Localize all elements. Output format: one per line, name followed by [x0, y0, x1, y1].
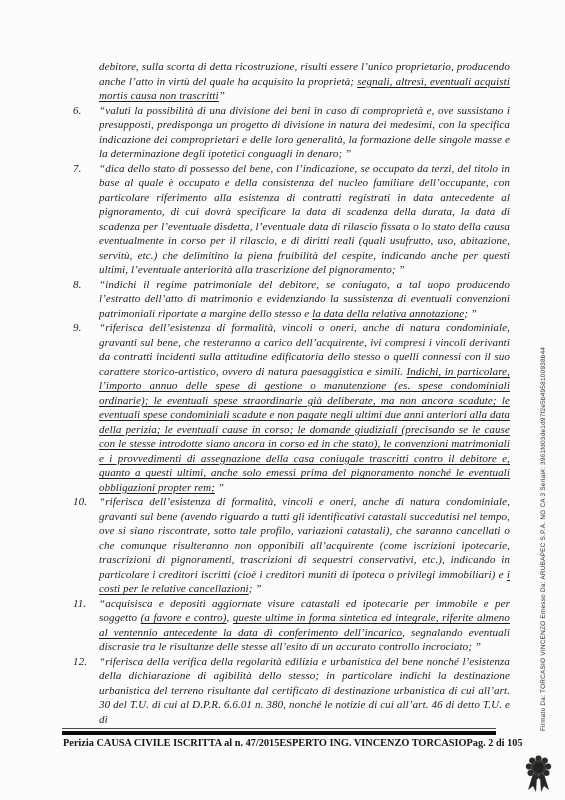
- item-number: 10.: [73, 495, 99, 510]
- paragraph-item: 6.“valuti la possibilità di una division…: [73, 104, 510, 162]
- page-footer: Perizia CAUSA CIVILE ISCRITTA al n. 47/2…: [63, 738, 497, 749]
- paragraph-item: 10.“riferisca dell’esistenza di formalit…: [73, 495, 510, 597]
- item-number: 12.: [73, 655, 99, 670]
- digital-signature-text: Firmato Da: TORCASIO VINCENZO Emesso Da:…: [540, 386, 549, 731]
- item-number: 9.: [73, 321, 99, 336]
- item-text: “acquisisca e depositi aggiornate visure…: [99, 597, 510, 655]
- item-text: “indichi il regime patrimoniale del debi…: [99, 278, 510, 322]
- item-number: 11.: [73, 597, 99, 612]
- item-number: 8.: [73, 278, 99, 293]
- paragraph-item: 8.“indichi il regime patrimoniale del de…: [73, 278, 510, 322]
- footer-page-number: Pag. 2 di 105: [467, 738, 523, 749]
- item-text: “riferisca della verifica della regolari…: [99, 655, 510, 728]
- footer-rule-thick: [62, 731, 496, 735]
- item-text: “valuti la possibilità di una divisione …: [99, 104, 510, 162]
- document-body: debitore, sulla scorta di detta ricostru…: [73, 60, 510, 727]
- footer-rule-thin: [62, 728, 496, 729]
- item-text: “riferisca dell’esistenza di formalità, …: [99, 495, 510, 597]
- item-text: “riferisca dell’esistenza di formalità, …: [99, 321, 510, 495]
- footer-case-label: Perizia CAUSA CIVILE ISCRITTA al n. 47/2…: [63, 738, 279, 749]
- item-text: “dica dello stato di possesso del bene, …: [99, 162, 510, 278]
- item-number: 7.: [73, 162, 99, 177]
- paragraph-item: 9.“riferisca dell’esistenza di formalità…: [73, 321, 510, 495]
- item-text: debitore, sulla scorta di detta ricostru…: [99, 60, 510, 104]
- document-page: debitore, sulla scorta di detta ricostru…: [0, 0, 565, 800]
- item-number: 6.: [73, 104, 99, 119]
- paragraph-item: 11.“acquisisca e depositi aggiornate vis…: [73, 597, 510, 655]
- footer-expert-label: ESPERTO ING. VINCENZO TORCASIO: [279, 738, 466, 749]
- paragraph-item: 7.“dica dello stato di possesso del bene…: [73, 162, 510, 278]
- rosette-seal-icon: [523, 753, 554, 794]
- paragraph-item: debitore, sulla scorta di detta ricostru…: [73, 60, 510, 104]
- paragraph-item: 12.“riferisca della verifica della regol…: [73, 655, 510, 728]
